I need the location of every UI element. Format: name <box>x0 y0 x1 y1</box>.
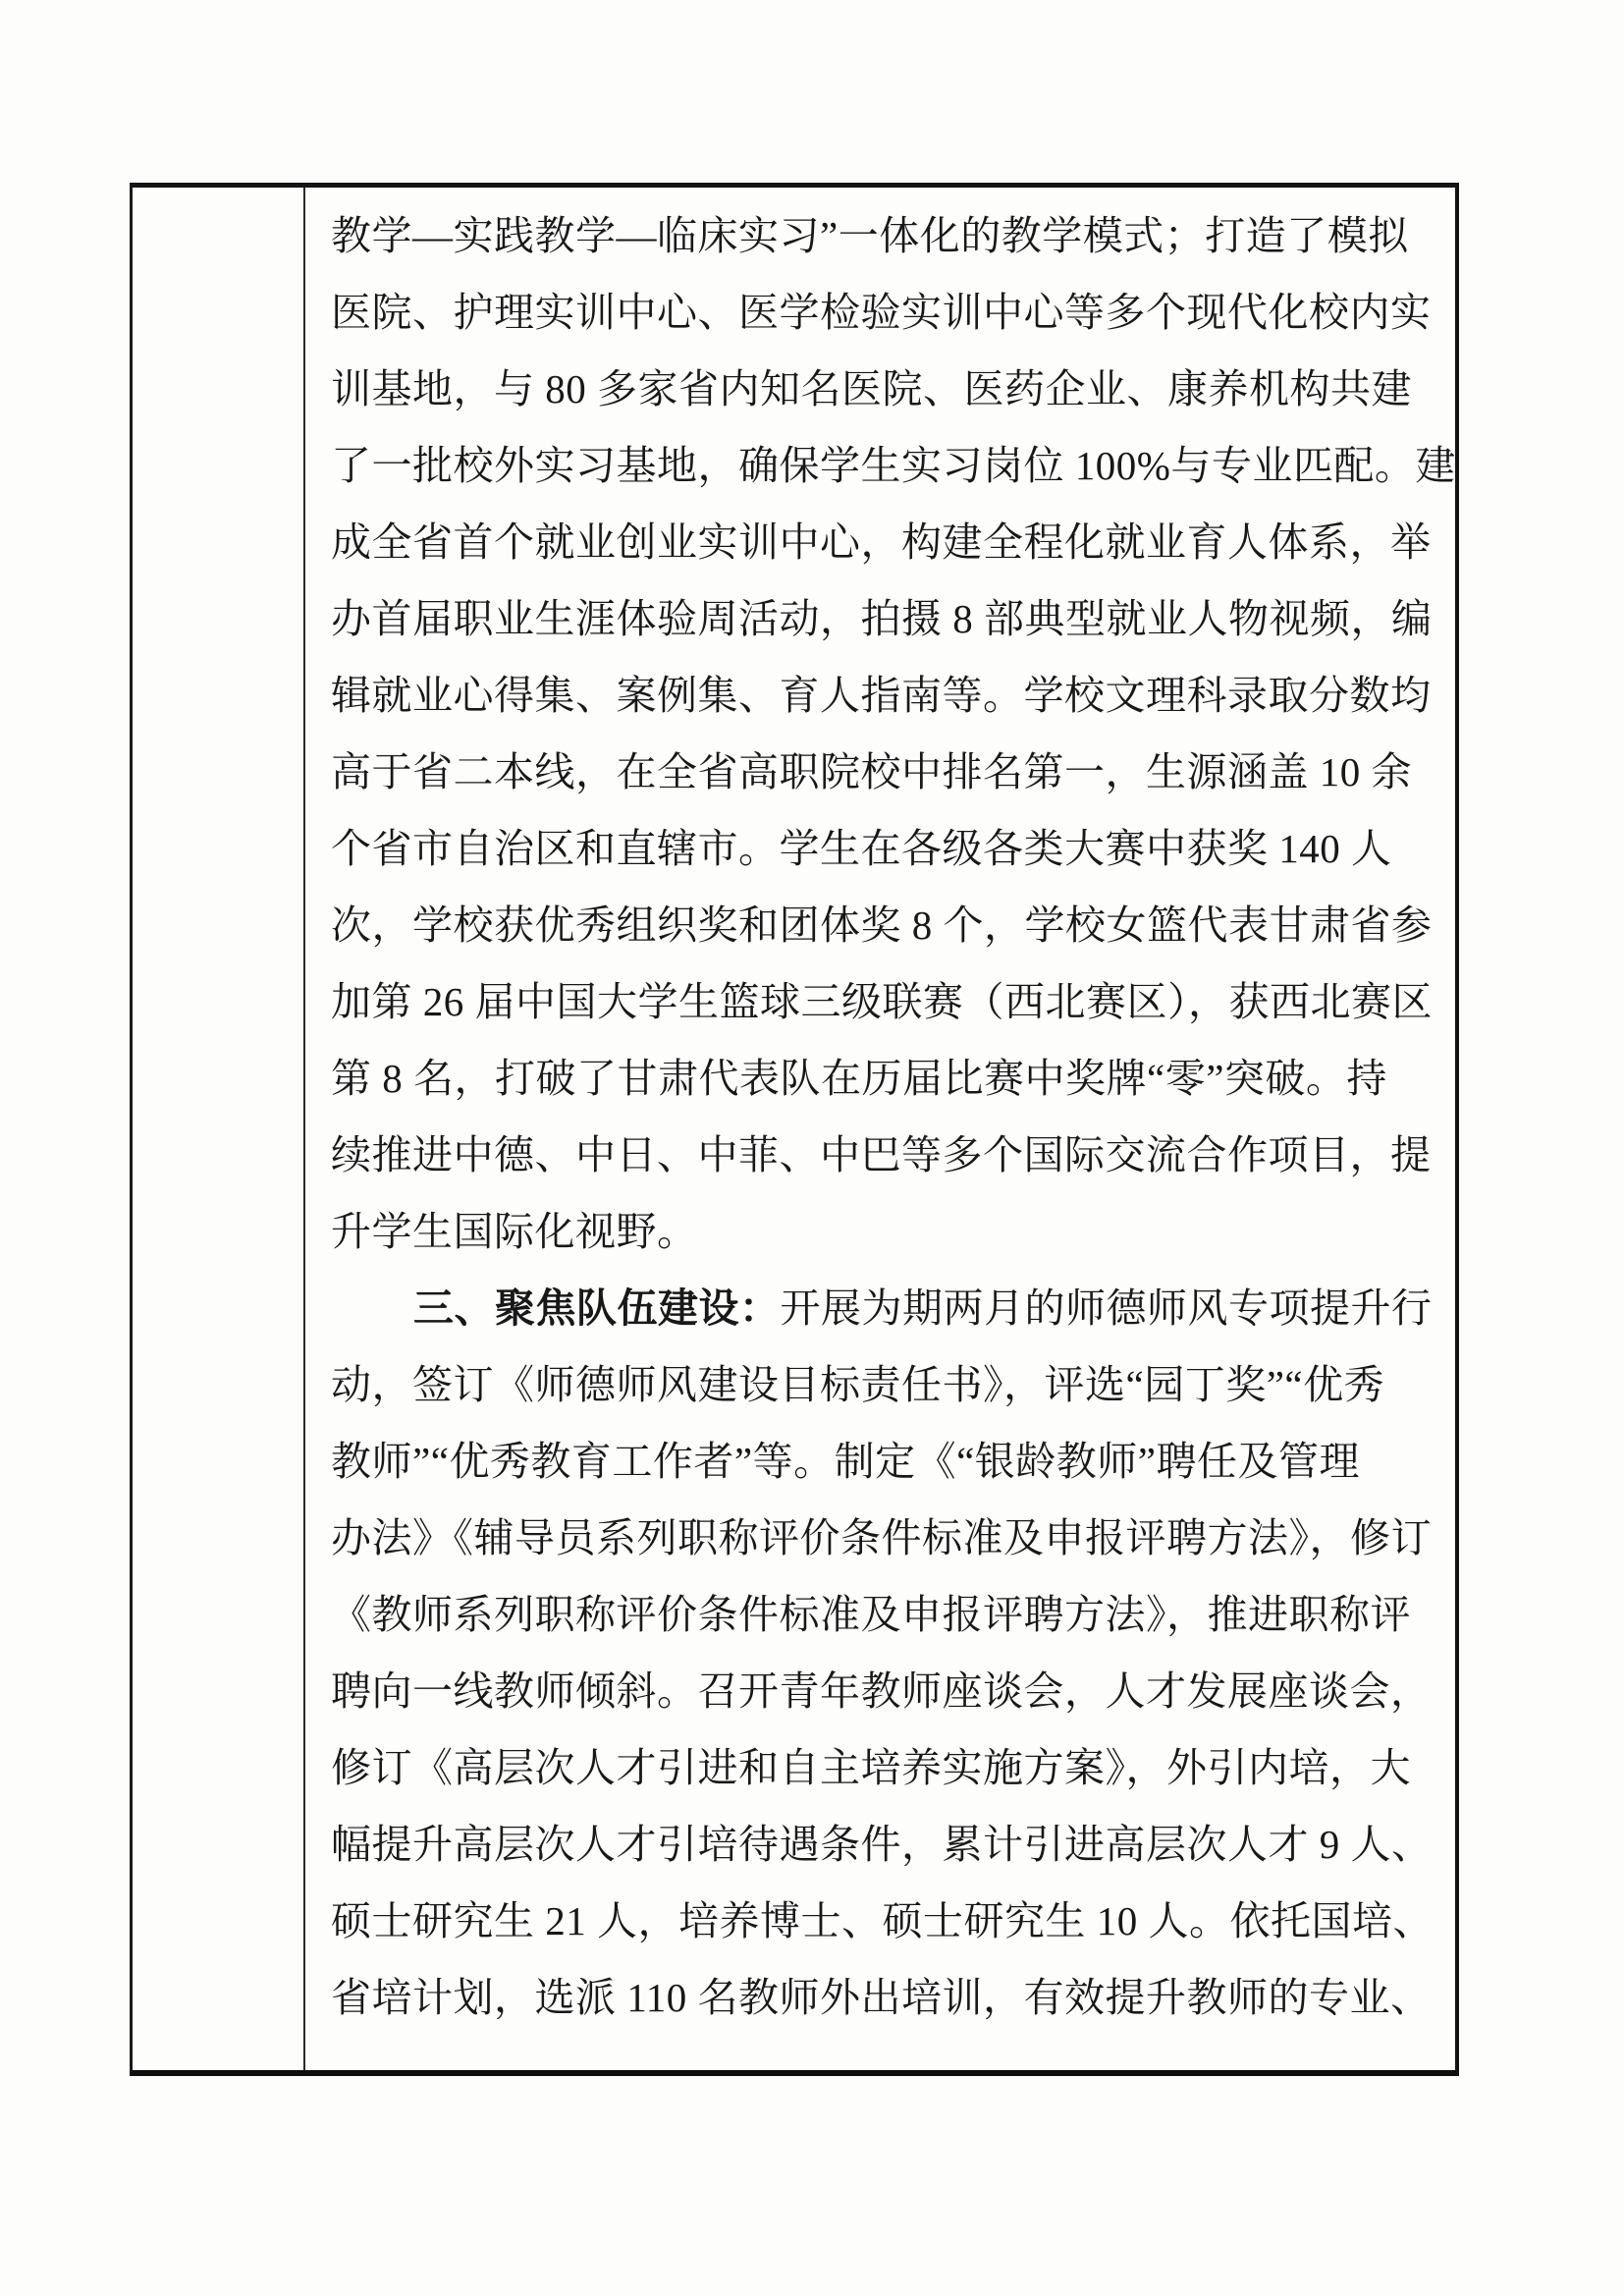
text-line: 硕士研究生 21 人，培养博士、硕士研究生 10 人。依托国培、 <box>331 1883 1437 1959</box>
text-segment: 了一批校外实习基地，确保学生实习岗位 100%与专业匹配。建 <box>331 443 1455 488</box>
text-segment: 幅提升高层次人才引培待遇条件，累计引进高层次人才 9 人、 <box>331 1822 1433 1867</box>
text-line: 三、聚焦队伍建设：开展为期两月的师德师风专项提升行 <box>331 1270 1437 1346</box>
text-segment: 修订《高层次人才引进和自主培养实施方案》，外引内培，大 <box>331 1745 1411 1790</box>
text-line: 修订《高层次人才引进和自主培养实施方案》，外引内培，大 <box>331 1729 1437 1806</box>
text-line: 教学—实践教学—临床实习”一体化的教学模式；打造了模拟 <box>331 197 1437 274</box>
text-segment: 聘向一线教师倾斜。召开青年教师座谈会，人才发展座谈会， <box>331 1668 1432 1714</box>
text-line: 省培计划，选派 110 名教师外出培训，有效提升教师的专业、 <box>331 1959 1437 2036</box>
text-line: 办法》《辅导员系列职称评价条件标准及申报评聘方法》，修订 <box>331 1500 1437 1576</box>
text-segment: 第 8 名，打破了甘肃代表队在历届比赛中奖牌“零”突破。持 <box>331 1056 1387 1101</box>
text-segment: 医院、护理实训中心、医学检验实训中心等多个现代化校内实 <box>331 290 1432 335</box>
text-segment: 次，学校获优秀组织奖和团体奖 8 个，学校女篮代表甘肃省参 <box>331 902 1433 948</box>
text-line: 升学生国际化视野。 <box>331 1193 1437 1270</box>
text-segment: 个省市自治区和直辖市。学生在各级各类大赛中获奖 140 人 <box>331 826 1392 871</box>
text-segment: 省培计划，选派 110 名教师外出培训，有效提升教师的专业、 <box>331 1975 1431 2020</box>
text-line: 动，签订《师德师风建设目标责任书》，评选“园丁奖”“优秀 <box>331 1346 1437 1423</box>
text-segment: 升学生国际化视野。 <box>331 1209 698 1254</box>
text-segment: 硕士研究生 21 人，培养博士、硕士研究生 10 人。依托国培、 <box>331 1898 1434 1943</box>
table-content-cell: 教学—实践教学—临床实习”一体化的教学模式；打造了模拟医院、护理实训中心、医学检… <box>305 188 1455 2070</box>
text-segment: 训基地，与 80 多家省内知名医院、医药企业、康养机构共建 <box>331 366 1412 411</box>
text-segment: 教师”“优秀教育工作者”等。制定《“银龄教师”聘任及管理 <box>331 1439 1360 1484</box>
text-line: 训基地，与 80 多家省内知名医院、医药企业、康养机构共建 <box>331 351 1437 427</box>
text-segment: 辑就业心得集、案例集、育人指南等。学校文理科录取分数均 <box>331 673 1432 718</box>
text-line: 成全省首个就业创业实训中心，构建全程化就业育人体系，举 <box>331 504 1437 580</box>
text-line: 次，学校获优秀组织奖和团体奖 8 个，学校女篮代表甘肃省参 <box>331 887 1437 963</box>
text-line: 办首届职业生涯体验周活动，拍摄 8 部典型就业人物视频，编 <box>331 580 1437 657</box>
text-segment: 教学—实践教学—临床实习”一体化的教学模式；打造了模拟 <box>331 213 1409 258</box>
table-label-cell <box>133 188 305 2070</box>
text-line: 医院、护理实训中心、医学检验实训中心等多个现代化校内实 <box>331 274 1437 351</box>
text-segment: 办法》《辅导员系列职称评价条件标准及申报评聘方法》，修订 <box>331 1515 1432 1560</box>
text-line: 幅提升高层次人才引培待遇条件，累计引进高层次人才 9 人、 <box>331 1806 1437 1883</box>
text-line: 个省市自治区和直辖市。学生在各级各类大赛中获奖 140 人 <box>331 810 1437 887</box>
text-segment: 动，签订《师德师风建设目标责任书》，评选“园丁奖”“优秀 <box>331 1362 1384 1407</box>
text-line: 第 8 名，打破了甘肃代表队在历届比赛中奖牌“零”突破。持 <box>331 1040 1437 1117</box>
text-segment: 成全省首个就业创业实训中心，构建全程化就业育人体系，举 <box>331 519 1432 565</box>
text-segment: 高于省二本线，在全省高职院校中排名第一，生源涵盖 10 余 <box>331 749 1412 794</box>
report-table: 教学—实践教学—临床实习”一体化的教学模式；打造了模拟医院、护理实训中心、医学检… <box>130 183 1459 2076</box>
text-line: 了一批校外实习基地，确保学生实习岗位 100%与专业匹配。建 <box>331 427 1437 504</box>
text-segment: 续推进中德、中日、中菲、中巴等多个国际交流合作项目，提 <box>331 1132 1432 1177</box>
document-page: 教学—实践教学—临床实习”一体化的教学模式；打造了模拟医院、护理实训中心、医学检… <box>0 0 1624 2296</box>
text-line: 续推进中德、中日、中菲、中巴等多个国际交流合作项目，提 <box>331 1117 1437 1193</box>
text-line: 教师”“优秀教育工作者”等。制定《“银龄教师”聘任及管理 <box>331 1423 1437 1500</box>
text-line: 加第 26 届中国大学生篮球三级联赛（西北赛区），获西北赛区 <box>331 963 1437 1040</box>
text-line: 高于省二本线，在全省高职院校中排名第一，生源涵盖 10 余 <box>331 734 1437 810</box>
text-segment: 《教师系列职称评价条件标准及申报评聘方法》，推进职称评 <box>331 1592 1411 1637</box>
text-segment: 办首届职业生涯体验周活动，拍摄 8 部典型就业人物视频，编 <box>331 596 1433 641</box>
text-line: 聘向一线教师倾斜。召开青年教师座谈会，人才发展座谈会， <box>331 1653 1437 1729</box>
text-segment: 加第 26 届中国大学生篮球三级联赛（西北赛区），获西北赛区 <box>331 979 1433 1024</box>
text-line: 辑就业心得集、案例集、育人指南等。学校文理科录取分数均 <box>331 657 1437 734</box>
text-line: 《教师系列职称评价条件标准及申报评聘方法》，推进职称评 <box>331 1576 1437 1653</box>
text-segment: 开展为期两月的师德师风专项提升行 <box>781 1285 1433 1331</box>
section-heading: 三、聚焦队伍建设： <box>413 1285 781 1331</box>
